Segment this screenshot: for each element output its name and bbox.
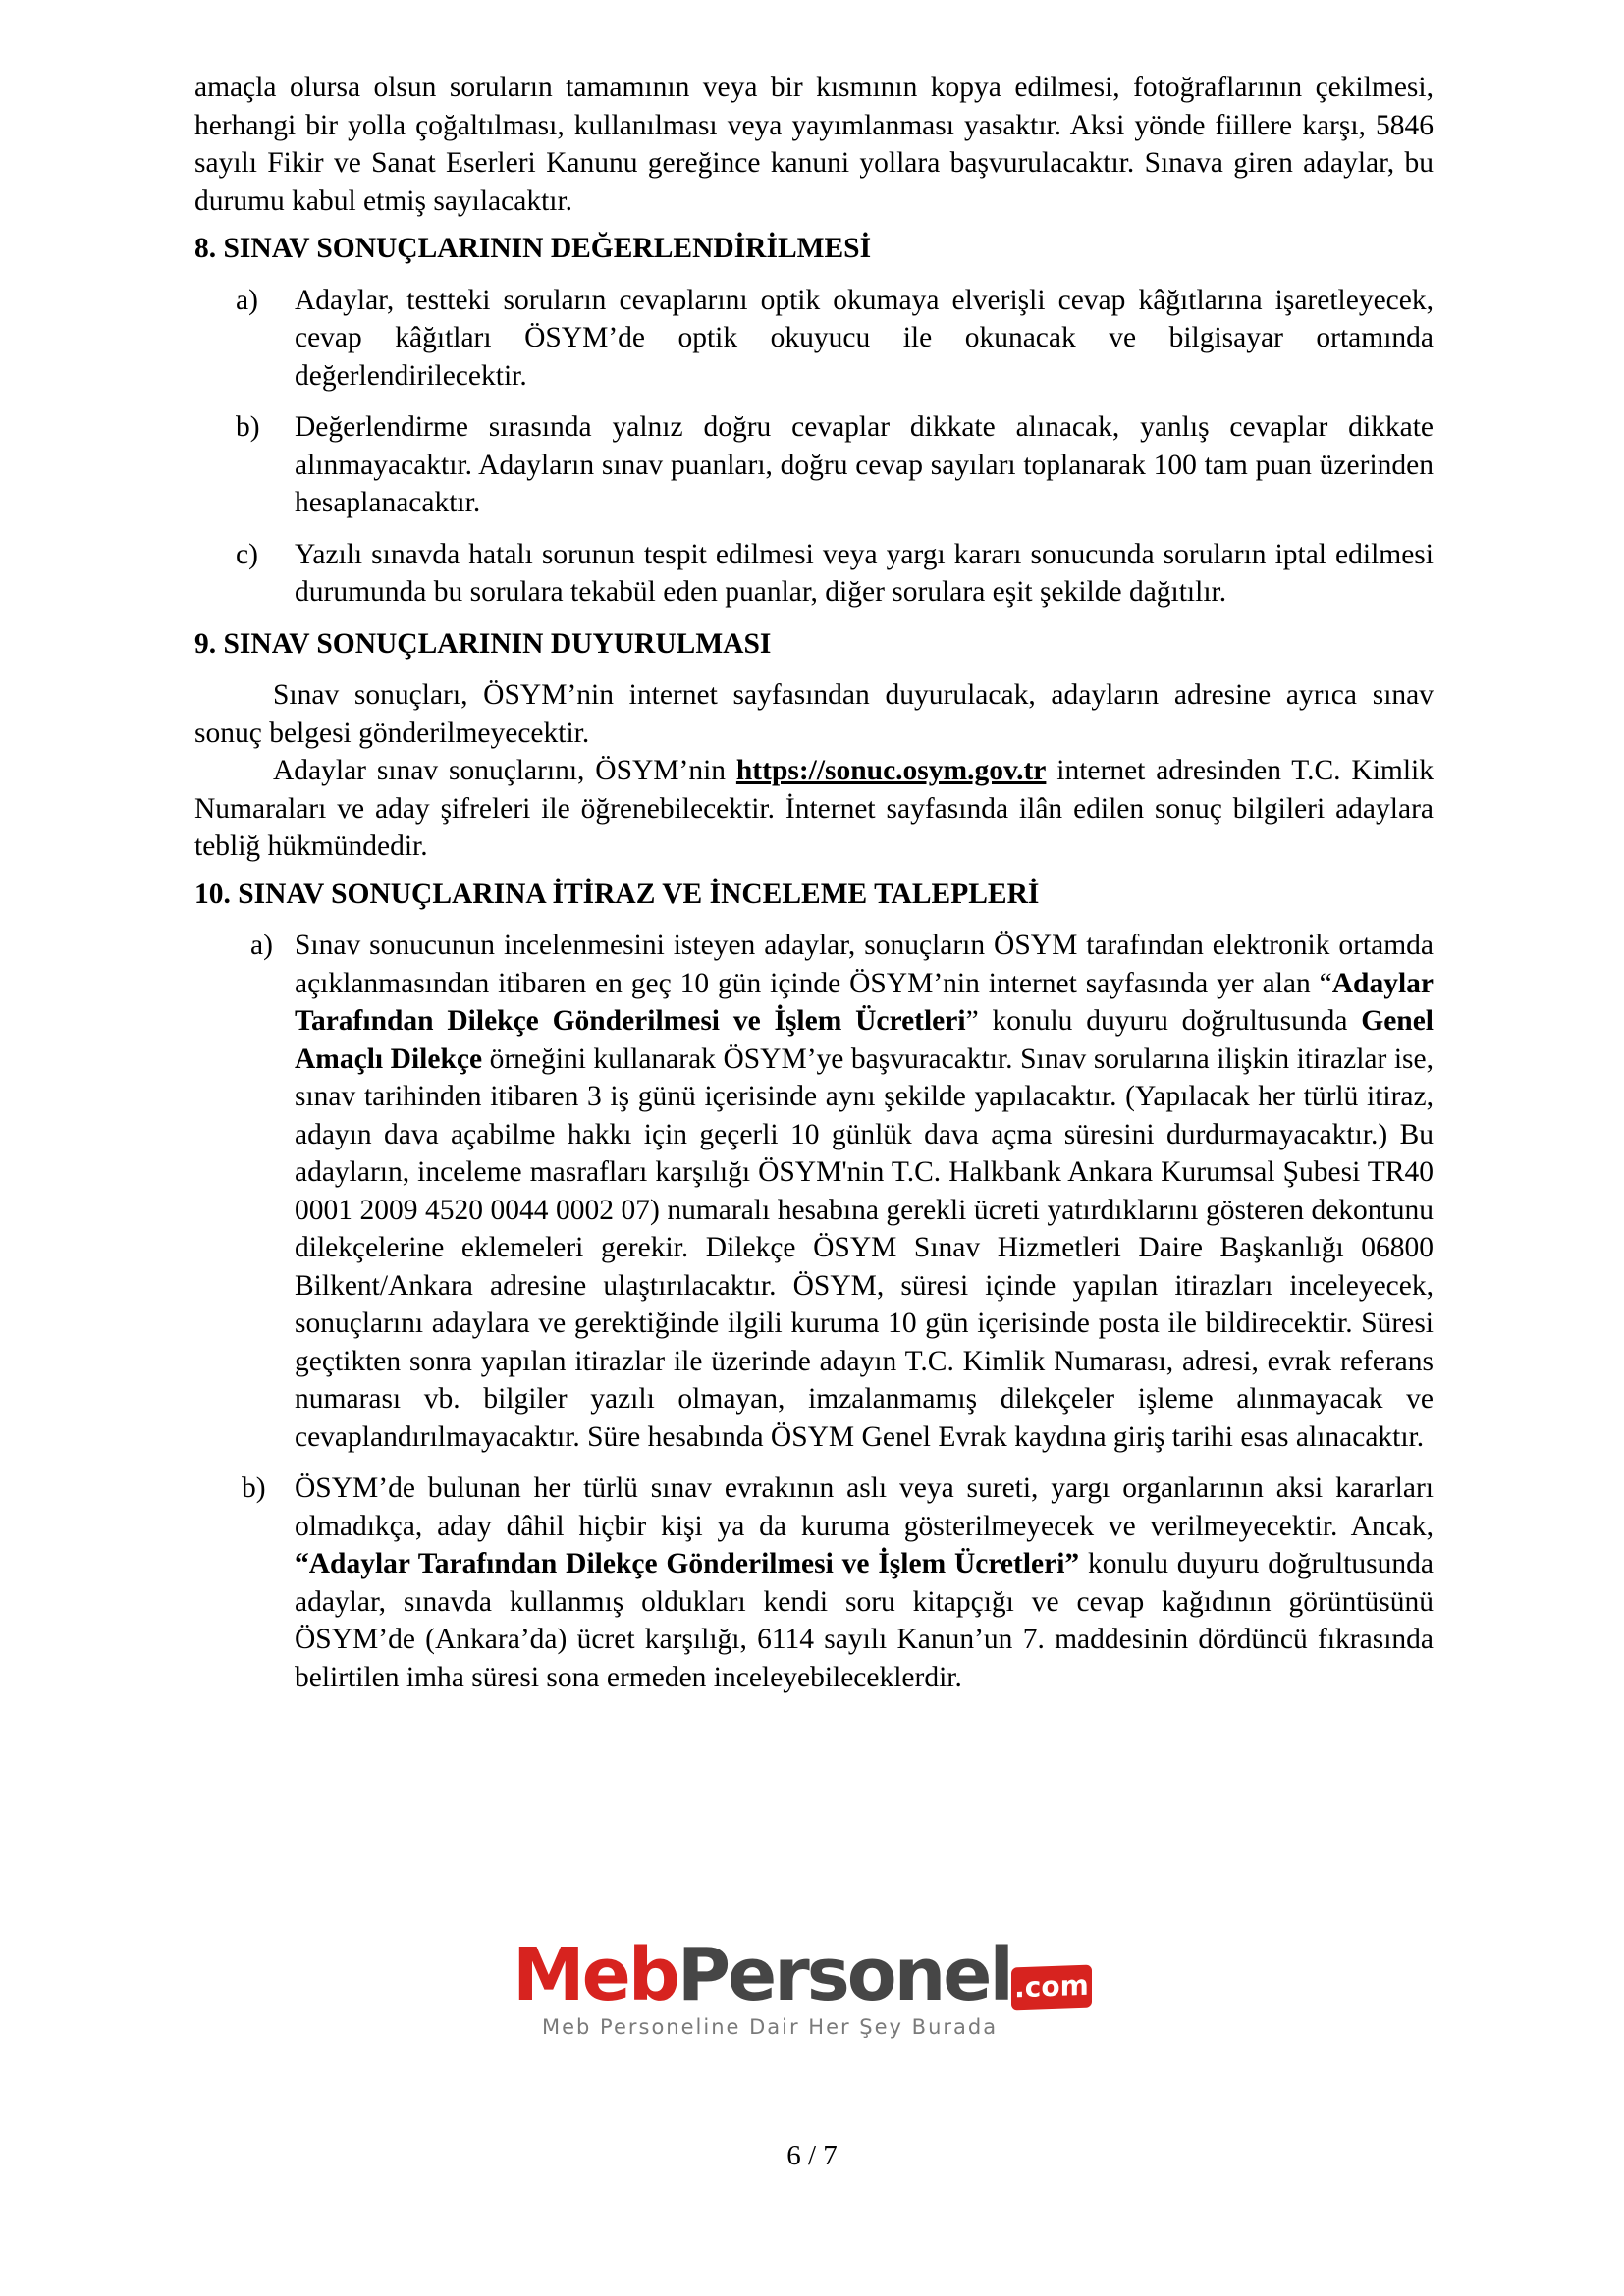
list-item: b) ÖSYM’de bulunan her türlü sınav evrak…: [194, 1469, 1434, 1696]
list-item-label: b): [236, 408, 295, 522]
intro-paragraph: amaçla olursa olsun soruların tamamının …: [194, 69, 1434, 220]
list-item: c) Yazılı sınavda hatalı sorunun tespit …: [194, 536, 1434, 612]
logo-wordmark: MebPersonel: [513, 1939, 1011, 2011]
text-span: ÖSYM’de bulunan her türlü sınav evrakını…: [295, 1472, 1434, 1542]
list-item-text: ÖSYM’de bulunan her türlü sınav evrakını…: [295, 1469, 1434, 1696]
section-9-paragraph-2: Adaylar sınav sonuçlarını, ÖSYM’nin http…: [194, 752, 1434, 866]
list-item-label: a): [236, 282, 295, 396]
section-8-list: a) Adaylar, testteki soruların cevapları…: [194, 282, 1434, 612]
text-span: ” konulu duyuru doğrultusunda: [966, 1005, 1362, 1037]
list-item-text: Sınav sonucunun incelenmesini isteyen ad…: [295, 927, 1434, 1456]
list-item: b) Değerlendirme sırasında yalnız doğru …: [194, 408, 1434, 522]
list-item: a) Adaylar, testteki soruların cevapları…: [194, 282, 1434, 396]
list-item-label: c): [236, 536, 295, 612]
logo-com-badge: .com: [1011, 1965, 1092, 2011]
text-span: örneğini kullanarak ÖSYM’ye başvuracaktı…: [295, 1043, 1434, 1453]
logo-tagline: Meb Personeline Dair Her Şey Burada: [542, 2015, 998, 2039]
list-item-text: Değerlendirme sırasında yalnız doğru cev…: [295, 408, 1434, 522]
list-item-text: Adaylar, testteki soruların cevaplarını …: [295, 282, 1434, 396]
section-8-heading: 8. SINAV SONUÇLARININ DEĞERLENDİRİLMESİ: [194, 230, 1434, 268]
section-9-paragraph-1: Sınav sonuçları, ÖSYM’nin internet sayfa…: [194, 676, 1434, 752]
section-9-heading: 9. SINAV SONUÇLARININ DUYURULMASI: [194, 625, 1434, 664]
text-span: Adaylar sınav sonuçlarını, ÖSYM’nin: [273, 755, 736, 786]
bold-text: “Adaylar Tarafından Dilekçe Gönderilmesi…: [295, 1548, 1079, 1579]
osym-results-link[interactable]: https://sonuc.osym.gov.tr: [736, 755, 1047, 786]
section-10-heading: 10. SINAV SONUÇLARINA İTİRAZ VE İNCELEME…: [194, 876, 1434, 914]
list-item-label: a): [250, 927, 295, 1456]
document-page: amaçla olursa olsun soruların tamamının …: [194, 69, 1434, 1696]
list-item-label: b): [242, 1469, 295, 1696]
page-number: 6 / 7: [0, 2140, 1624, 2172]
text-span: Sınav sonucunun incelenmesini isteyen ad…: [295, 930, 1434, 999]
mebpersonel-logo: MebPersonel .com Meb Personeline Dair He…: [513, 1939, 1121, 2037]
list-item: a) Sınav sonucunun incelenmesini isteyen…: [194, 927, 1434, 1456]
section-9-body: Sınav sonuçları, ÖSYM’nin internet sayfa…: [194, 676, 1434, 866]
logo-meb-text: Meb: [513, 1933, 677, 2017]
logo-personel-text: Personel: [677, 1933, 1011, 2017]
section-10-list: a) Sınav sonucunun incelenmesini isteyen…: [194, 927, 1434, 1696]
list-item-text: Yazılı sınavda hatalı sorunun tespit edi…: [295, 536, 1434, 612]
